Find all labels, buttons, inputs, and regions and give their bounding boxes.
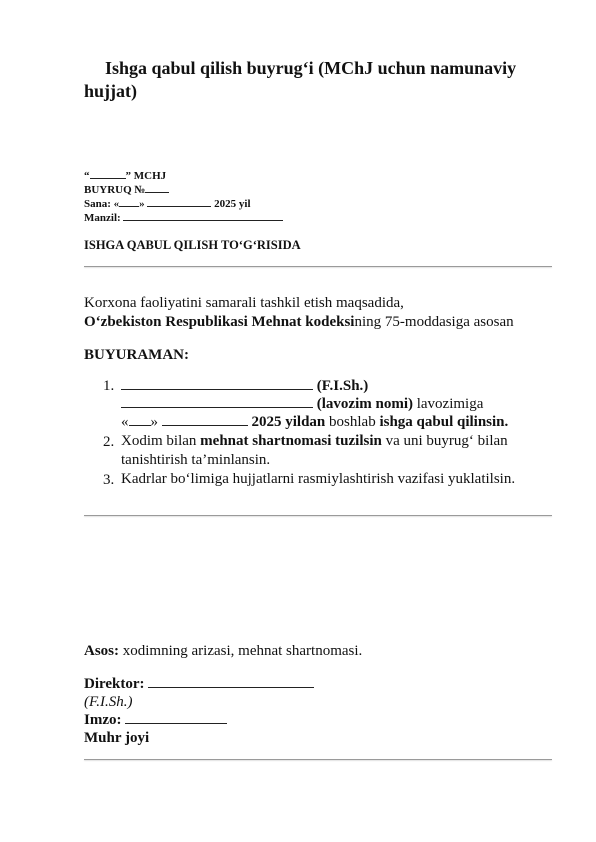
company-name-blank[interactable]	[90, 166, 126, 179]
divider-top	[84, 266, 552, 267]
order-number-blank[interactable]	[145, 180, 169, 193]
divider-middle	[84, 515, 552, 516]
item-1-line-1: (F.I.Sh.)	[121, 377, 368, 395]
order-heading: BUYURAMAN:	[84, 346, 189, 365]
basis-line: Asos: xodimning arizasi, mehnat shartnom…	[84, 642, 362, 661]
stamp-label: Muhr joyi	[84, 729, 149, 748]
signature-blank[interactable]	[125, 711, 227, 724]
address-blank[interactable]	[123, 208, 283, 221]
item-2-number: 2.	[103, 433, 114, 452]
director-name-blank[interactable]	[148, 675, 314, 688]
date-month-blank[interactable]	[147, 194, 211, 207]
signature-line: Imzo:	[84, 711, 227, 730]
start-month-blank[interactable]	[162, 413, 248, 426]
item-3-line-1: Kadrlar bo‘limiga hujjatlarni rasmiylash…	[121, 471, 515, 488]
address-line: Manzil:	[84, 208, 283, 225]
document-title: Ishga qabul qilish buyrug‘i (MChJ uchun …	[84, 57, 534, 103]
director-fish-label: (F.I.Sh.)	[84, 693, 132, 712]
date-day-blank[interactable]	[119, 194, 139, 207]
position-blank[interactable]	[121, 395, 313, 408]
item-2-line-2: tanishtirish ta’minlansin.	[121, 452, 270, 469]
labor-code-reference: O‘zbekiston Respublikasi Mehnat kodeksi	[84, 314, 354, 330]
item-1-number: 1.	[103, 377, 114, 396]
intro-line-1: Korxona faoliyatini samarali tashkil eti…	[84, 294, 404, 313]
item-3-number: 3.	[103, 471, 114, 490]
divider-bottom	[84, 759, 552, 760]
item-1-line-3: «» 2025 yildan boshlab ishga qabul qilin…	[121, 413, 508, 431]
item-2-line-1: Xodim bilan mehnat shartnomasi tuzilsin …	[121, 433, 508, 450]
employee-name-blank[interactable]	[121, 377, 313, 390]
section-title: ISHGA QABUL QILISH TO‘G‘RISIDA	[84, 238, 301, 253]
intro-line-2: O‘zbekiston Respublikasi Mehnat kodeksin…	[84, 313, 514, 332]
director-line: Direktor:	[84, 675, 314, 694]
document-page: Ishga qabul qilish buyrug‘i (MChJ uchun …	[0, 0, 596, 842]
start-day-blank[interactable]	[129, 413, 151, 426]
item-1-line-2: (lavozim nomi) lavozimiga	[121, 395, 483, 413]
